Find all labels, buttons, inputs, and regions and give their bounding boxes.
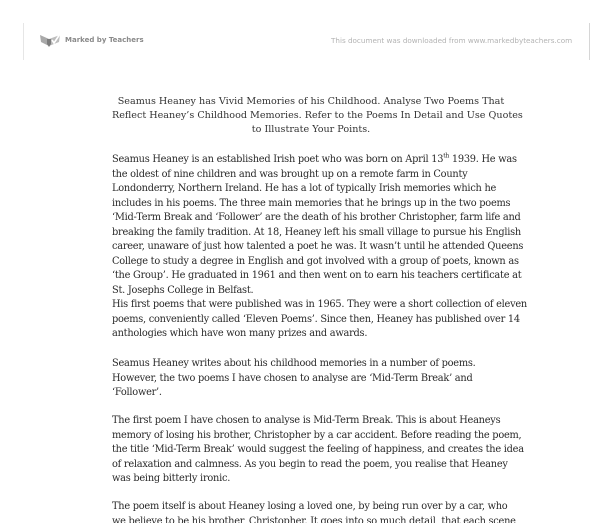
text-line: ‘the Group’. He graduated in 1961 and th…	[112, 269, 592, 284]
text-line: The poem itself is about Heaney losing a…	[112, 500, 592, 515]
text-line: breaking the family tradition. At 18, He…	[112, 226, 592, 241]
text-line: the oldest of nine children and was brou…	[112, 168, 592, 183]
logo-text: Marked by Teachers	[65, 36, 144, 44]
marked-by-teachers-logo[interactable]: Marked by Teachers	[40, 33, 144, 47]
paragraph-poem-summary: The poem itself is about Heaney losing a…	[112, 500, 592, 523]
header-divider-right	[589, 23, 590, 60]
title-line: to Illustrate Your Points.	[112, 123, 510, 137]
text-line: poems, conveniently called ‘Eleven Poems…	[112, 313, 592, 328]
text-line: was being bitterly ironic.	[112, 472, 592, 487]
text-line: ‘Mid-Term Break and ‘Follower’ are the d…	[112, 211, 592, 226]
text-line: includes in his poems. The three main me…	[112, 197, 592, 212]
book-check-icon	[40, 33, 62, 47]
text-line: The first poem I have chosen to analyse …	[112, 414, 592, 429]
essay-title: Seamus Heaney has Vivid Memories of his …	[112, 95, 510, 137]
paragraph-biography: Seamus Heaney is an established Irish po…	[112, 153, 592, 342]
header-divider-left	[23, 23, 24, 60]
download-source-note: This document was downloaded from www.ma…	[331, 36, 572, 45]
text-line: anthologies which have won many prizes a…	[112, 327, 592, 342]
paragraph-poem-choice: Seamus Heaney writes about his childhood…	[112, 357, 592, 401]
text-line: career, unaware of just how talented a p…	[112, 240, 592, 255]
text-line: However, the two poems I have chosen to …	[112, 372, 592, 387]
text-line: Seamus Heaney writes about his childhood…	[112, 357, 592, 372]
text-line: memory of losing his brother, Christophe…	[112, 429, 592, 444]
text-line: His first poems that were published was …	[112, 298, 592, 313]
text-line: ‘Follower’.	[112, 386, 592, 401]
text-line: Londonderry, Northern Ireland. He has a …	[112, 182, 592, 197]
text-line: St. Josephs College in Belfast.	[112, 284, 592, 299]
text-line: the title ‘Mid-Term Break’ would suggest…	[112, 443, 592, 458]
text-line: we believe to be his brother, Christophe…	[112, 515, 592, 523]
title-line: Reflect Heaney’s Childhood Memories. Ref…	[112, 109, 510, 123]
text-line: of relaxation and calmness. As you begin…	[112, 458, 592, 473]
text-line: College to study a degree in English and…	[112, 255, 592, 270]
title-line: Seamus Heaney has Vivid Memories of his …	[112, 95, 510, 109]
text-line: Seamus Heaney is an established Irish po…	[112, 153, 592, 168]
paragraph-mid-term-break: The first poem I have chosen to analyse …	[112, 414, 592, 487]
